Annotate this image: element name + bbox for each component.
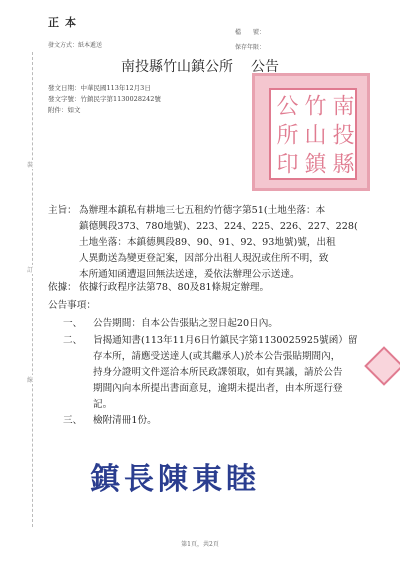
seal-char: 竹 bbox=[299, 90, 327, 119]
subject-text: 為辦理本鎮私有耕地三七五租約竹德字第51(土地坐落：本 鎮德興段373、780地… bbox=[79, 203, 379, 283]
subject-label: 主旨： bbox=[48, 203, 77, 219]
notice-line: 記。 bbox=[93, 397, 379, 413]
notice-item-number: 一、 bbox=[63, 316, 82, 332]
binding-label: 裝 bbox=[27, 160, 33, 169]
binding-line bbox=[32, 52, 33, 527]
seal-char: 公 bbox=[271, 90, 299, 119]
attachment: 附件：如文 bbox=[48, 105, 81, 114]
notice-line: 持身分證明文件逕洽本所民政課領取，如有異議，請於公告 bbox=[93, 365, 379, 381]
subject-line: 人異動送為變更登記案，因部分出租人現況或住所不明，致 bbox=[79, 251, 379, 267]
official-seal: 南 投 縣 竹 山 鎮 公 所 印 bbox=[252, 73, 370, 191]
seal-char: 南 bbox=[327, 90, 355, 119]
seal-char: 縣 bbox=[327, 149, 355, 178]
file-number-label: 檔 號： bbox=[235, 27, 265, 36]
send-method: 發文方式：紙本遞送 bbox=[48, 40, 102, 49]
notice-item-text: 旨揭通知書(113年11月6日竹鎮民字第1130025925號函）留 存本所，請… bbox=[93, 333, 379, 413]
subject-line: 土地坐落：本鎮德興段89、90、91、92、93地號)號，出租 bbox=[79, 235, 379, 251]
notice-item-text: 公告期間：自本公告張貼之翌日起20日內。 bbox=[93, 316, 379, 332]
seal-char: 鎮 bbox=[299, 149, 327, 178]
basis-label: 依據： bbox=[48, 280, 77, 296]
notice-item-text: 檢附清冊1份。 bbox=[93, 413, 379, 429]
notice-item-number: 三、 bbox=[63, 413, 82, 429]
retention-label: 保存年限： bbox=[235, 42, 265, 51]
seal-char: 山 bbox=[299, 119, 327, 148]
seal-char: 印 bbox=[271, 149, 299, 178]
issue-date: 發文日期：中華民國113年12月3日 bbox=[48, 83, 151, 92]
issue-number: 發文字號：竹鎮民字第1130028242號 bbox=[48, 94, 161, 103]
subject-line: 為辦理本鎮私有耕地三七五租約竹德字第51(土地坐落：本 bbox=[79, 203, 379, 219]
seal-char: 所 bbox=[271, 119, 299, 148]
page-number: 第1頁，共2頁 bbox=[0, 539, 400, 548]
org-name: 南投縣竹山鎮公所 bbox=[121, 59, 233, 75]
notice-line: 期間內向本所提出書面意見，逾期未提出者，由本所逕行登 bbox=[93, 381, 379, 397]
seal-char: 投 bbox=[327, 119, 355, 148]
binding-label: 訂 bbox=[27, 265, 33, 274]
copy-type-label: 正本 bbox=[48, 14, 82, 30]
notice-line: 旨揭通知書(113年11月6日竹鎮民字第1130025925號函）留 bbox=[93, 333, 379, 349]
subject-line: 鎮德興段373、780地號)、223、224、225、226、227、228( bbox=[79, 219, 379, 235]
notice-item-number: 二、 bbox=[63, 333, 82, 349]
binding-label: 線 bbox=[27, 375, 33, 384]
notice-label: 公告事項： bbox=[48, 298, 96, 314]
basis-text: 依據行政程序法第78、80及81條規定辦理。 bbox=[79, 280, 379, 296]
notice-line: 存本所，請應受送達人(或其繼承人)於本公告張貼期間內， bbox=[93, 349, 379, 365]
mayor-signature: 鎮長陳東睦 bbox=[90, 454, 260, 498]
